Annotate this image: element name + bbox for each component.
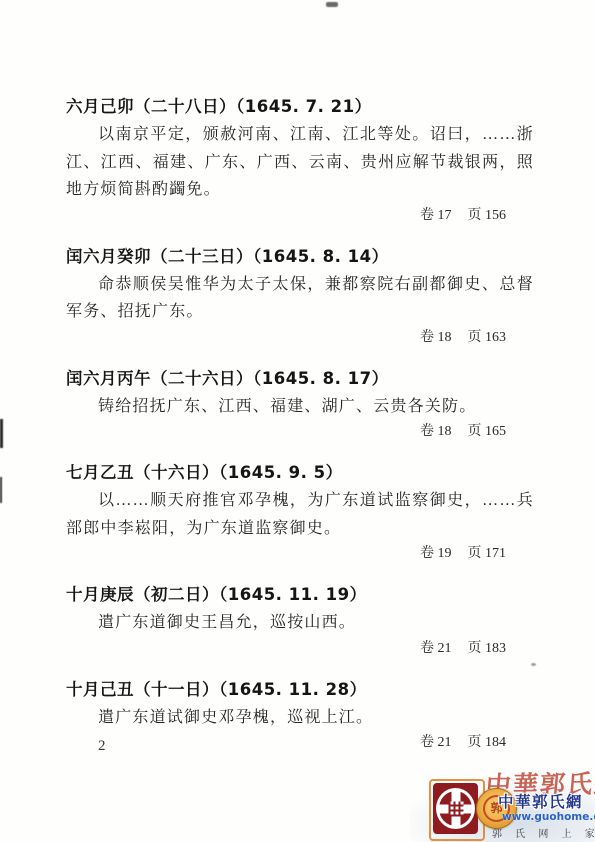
entry-source-reference: 卷 18页 165	[66, 422, 506, 442]
entry-date-header: 七月乙丑（十六日）（1645. 9. 5）	[66, 460, 534, 486]
entry-volume-ref: 卷 18	[420, 330, 452, 345]
record-entry: 十月己丑（十一日）（1645. 11. 28） 遣广东道试御史邓孕槐，巡视上江。…	[66, 677, 534, 754]
entry-body-text: 遣广东道试御史邓孕槐，巡视上江。	[66, 704, 534, 732]
entry-body-text: 铸给招抚广东、江西、福建、湖广、云贵各关防。	[66, 393, 534, 421]
entry-page-ref: 页 183	[468, 641, 507, 656]
page-number: 2	[98, 738, 106, 755]
record-entry: 十月庚辰（初二日）（1645. 11. 19） 遣广东道御史王昌允，巡按山西。 …	[66, 582, 534, 659]
entry-date-header: 闰六月丙午（二十六日）（1645. 8. 17）	[66, 366, 534, 392]
entry-date-header: 闰六月癸卯（二十三日）（1645. 8. 14）	[66, 244, 534, 270]
record-entry: 七月乙丑（十六日）（1645. 9. 5） 以……顺天府推官邓孕槐，为广东道试监…	[66, 460, 534, 564]
scan-artifact-left-edge-mark	[0, 419, 3, 448]
entry-volume-ref: 卷 19	[420, 546, 452, 561]
entry-source-reference: 卷 21页 183	[66, 639, 506, 659]
entry-source-reference: 卷 21页 184	[66, 733, 506, 753]
entry-volume-ref: 卷 18	[420, 424, 452, 439]
record-entry: 闰六月癸卯（二十三日）（1645. 8. 14） 命恭顺侯吴惟华为太子太保，兼都…	[66, 244, 534, 348]
scanned-book-page: { "document": { "page_number": "2", "ent…	[0, 0, 595, 842]
entry-source-reference: 卷 18页 163	[66, 328, 506, 348]
entry-volume-ref: 卷 17	[420, 208, 452, 223]
clan-knot-logo	[433, 783, 478, 834]
scan-artifact-right-speck	[531, 663, 536, 666]
entry-body-text: 命恭顺侯吴惟华为太子太保，兼都察院右副都御史、总督军务、招抚广东。	[66, 271, 534, 326]
guohome-watermark: 中華郭氏網 郭 中華郭氏網 www.guohome.org 郭 氏 网 上 家 …	[428, 772, 595, 842]
knot-center-grid	[448, 801, 463, 816]
entry-body-text: 以……顺天府推官邓孕槐，为广东道试监察御史，……兵部郎中李崧阳，为广东道监察御史…	[66, 487, 534, 542]
entry-volume-ref: 卷 21	[420, 641, 452, 656]
entry-page-ref: 页 156	[468, 208, 507, 223]
watermark-site-title: 中華郭氏網	[498, 790, 583, 812]
entry-volume-ref: 卷 21	[420, 735, 452, 750]
watermark-slogan: 郭 氏 网 上 家 园	[492, 825, 595, 840]
record-entry: 六月己卯（二十八日）（1645. 7. 21） 以南京平定，颁赦河南、江南、江北…	[66, 94, 534, 226]
entry-page-ref: 页 165	[468, 424, 507, 439]
entry-date-header: 六月己卯（二十八日）（1645. 7. 21）	[66, 94, 534, 120]
entry-date-header: 十月庚辰（初二日）（1645. 11. 19）	[66, 582, 534, 608]
entry-source-reference: 卷 19页 171	[66, 544, 506, 564]
watermark-site-url: www.guohome.org	[502, 811, 595, 823]
scan-artifact-left-edge-mark	[0, 477, 2, 503]
entry-body-text: 遣广东道御史王昌允，巡按山西。	[66, 609, 534, 637]
page-content: 六月己卯（二十八日）（1645. 7. 21） 以南京平定，颁赦河南、江南、江北…	[66, 94, 534, 771]
entry-page-ref: 页 184	[468, 735, 507, 750]
entry-body-text: 以南京平定，颁赦河南、江南、江北等处。诏曰，……浙江、江西、福建、广东、广西、云…	[66, 121, 534, 204]
entry-date-header: 十月己丑（十一日）（1645. 11. 28）	[66, 677, 534, 703]
record-entry: 闰六月丙午（二十六日）（1645. 8. 17） 铸给招抚广东、江西、福建、湖广…	[66, 366, 534, 443]
scan-artifact-top-speck	[326, 2, 338, 7]
entry-page-ref: 页 163	[468, 330, 507, 345]
entry-source-reference: 卷 17页 156	[66, 206, 506, 226]
entry-page-ref: 页 171	[468, 546, 507, 561]
